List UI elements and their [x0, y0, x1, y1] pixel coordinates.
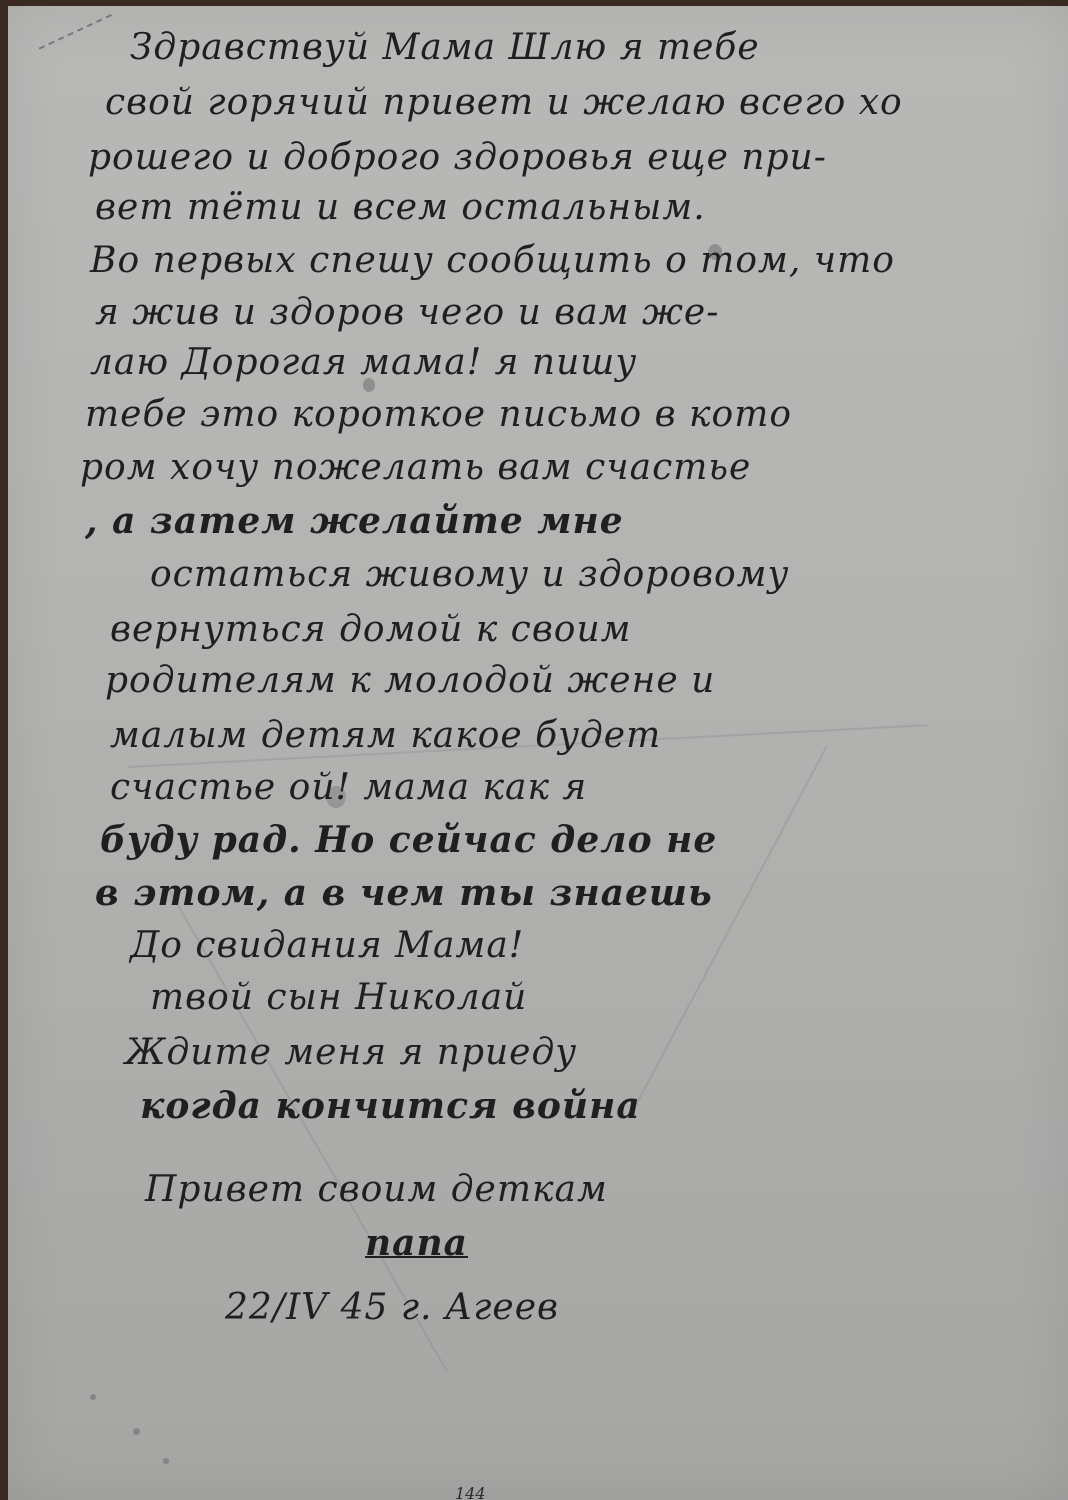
letter-line-13: родителям к молодой жене и: [105, 663, 715, 699]
page-number: 144: [455, 1484, 486, 1500]
letter-line-12: вернуться домой к своим: [110, 612, 631, 648]
letter-line-20: Ждите меня я приеду: [125, 1035, 577, 1071]
letter-line-4: вет тёти и всем остальным.: [95, 190, 706, 226]
date-signature: 22/IV 45 г. Агеев: [225, 1290, 559, 1326]
letter-line-21: когда кончится война: [140, 1088, 641, 1124]
letter-line-1: Здравствуй Мама Шлю я тебе: [130, 30, 760, 66]
signature-papa: папа: [365, 1225, 468, 1261]
letter-line-6: я жив и здоров чего и вам же-: [95, 295, 719, 331]
letter-line-11: остаться живому и здоровому: [150, 557, 789, 593]
letter-text: Здравствуй Мама Шлю я тебе свой горячий …: [0, 0, 1068, 1500]
letter-greeting-line: Привет своим деткам: [145, 1172, 608, 1208]
letter-line-10: , а затем желайте мне: [85, 503, 624, 539]
letter-line-3: рошего и доброго здоровья еще при-: [88, 140, 827, 176]
letter-line-2: свой горячий привет и желаю всего хо: [105, 85, 903, 121]
letter-line-8: тебе это короткое письмо в кото: [85, 397, 792, 433]
letter-line-16: буду рад. Но сейчас дело не: [100, 822, 717, 858]
letter-line-18: До свидания Мама!: [130, 928, 524, 964]
letter-line-7: лаю Дорогая мама! я пишу: [90, 345, 637, 381]
letter-line-5: Во первых спешу сообщить о том, что: [90, 243, 895, 279]
letter-line-19: твой сын Николай: [150, 980, 527, 1016]
letter-line-17: в этом, а в чем ты знаешь: [95, 875, 713, 911]
letter-line-14: малым детям какое будет: [110, 718, 661, 754]
letter-line-9: ром хочу пожелать вам счастье: [80, 450, 751, 486]
letter-line-15: счастье ой! мама как я: [110, 770, 587, 806]
